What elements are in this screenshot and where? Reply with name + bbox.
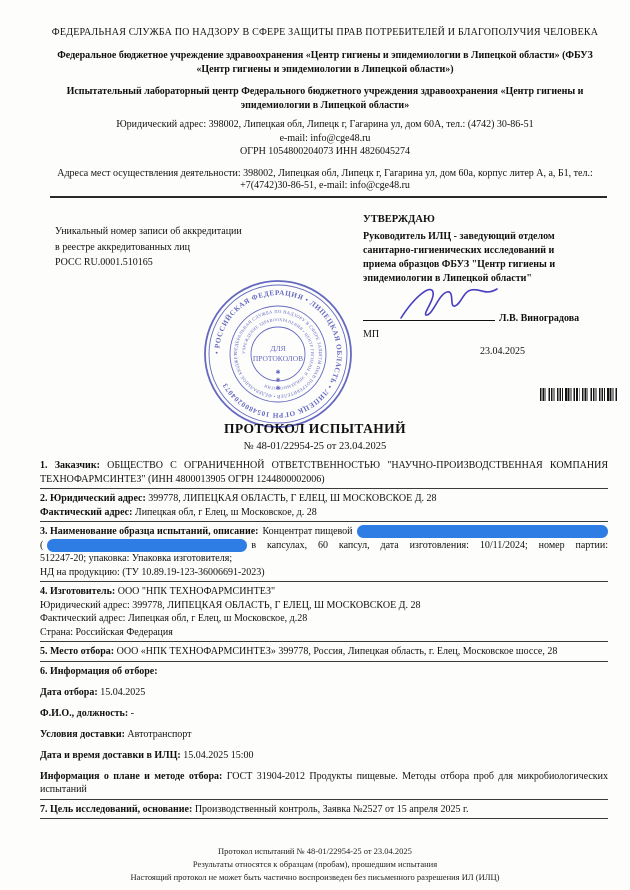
- section-4-manufacturer: 4. Изготовитель: ООО "НПК ТЕХНОФАРМСИНТЕ…: [40, 585, 608, 642]
- footer-line3: Настоящий протокол не может быть частичн…: [0, 871, 630, 884]
- section-5-label: 5. Место отбора:: [40, 646, 114, 657]
- section-1-customer: 1. Заказчик: ОБЩЕСТВО С ОГРАНИЧЕННОЙ ОТВ…: [40, 459, 608, 489]
- section-6-sampling-info: 6. Информация об отборе: Дата отбора: 15…: [40, 665, 608, 800]
- section-6-date-value: 15.04.2025: [100, 687, 145, 698]
- ogrn-inn-line: ОГРН 1054800204073 ИНН 4826045274: [40, 146, 610, 159]
- stamp-asterisk-2: ✱: [275, 377, 280, 384]
- section-7-label: 7. Цель исследований, основание:: [40, 804, 192, 815]
- approval-line2: санитарно-гигиенических исследований и: [363, 244, 615, 258]
- section-2-fact-value: Липецкая обл, г Елец, ш Московское, д. 2…: [135, 507, 317, 518]
- section-2-legal-address: 2. Юридический адрес: 399778, ЛИПЕЦКАЯ О…: [40, 492, 608, 522]
- protocol-sections: 1. Заказчик: ОБЩЕСТВО С ОГРАНИЧЕННОЙ ОТВ…: [40, 459, 608, 822]
- stamp-center-line1: ДЛЯ: [270, 344, 285, 353]
- section-5-sampling-place: 5. Место отбора: ООО «НПК ТЕХНОФАРМСИНТЕ…: [40, 645, 608, 662]
- section-6-datetime-value: 15.04.2025 15:00: [183, 750, 253, 761]
- section-6-label: 6. Информация об отборе:: [40, 665, 608, 679]
- approval-date: 23.04.2025: [480, 345, 525, 359]
- section-2-label: 2. Юридический адрес:: [40, 493, 146, 504]
- document-header: ФЕДЕРАЛЬНАЯ СЛУЖБА ПО НАДЗОРУ В СФЕРЕ ЗА…: [40, 26, 610, 193]
- approval-block: УТВЕРЖДАЮ Руководитель ИЛЦ - заведующий …: [363, 213, 615, 342]
- section-7-purpose: 7. Цель исследований, основание: Произво…: [40, 803, 608, 820]
- section-4-country-label: Страна:: [40, 627, 73, 638]
- signature-icon: [397, 282, 502, 324]
- section-3-line2: в капсулах, 60 капсул, дата изготовления…: [251, 539, 608, 553]
- signature-row: Л.В. Виноградова: [363, 308, 615, 326]
- section-4-jur-value: 399778, ЛИПЕЦКАЯ ОБЛАСТЬ, Г ЕЛЕЦ, Ш МОСК…: [132, 600, 420, 611]
- section-6-delivery-label: Условия доставки:: [40, 729, 125, 740]
- stamp-asterisk-1: ✱: [275, 369, 280, 376]
- section-4-country-value: Российская Федерация: [76, 627, 173, 638]
- section-4-fact-label: Фактический адрес:: [40, 613, 125, 624]
- section-7-value: Производственный контроль, Заявка №2527 …: [195, 804, 469, 815]
- stamp-center-line2: ПРОТОКОЛОВ: [253, 354, 303, 363]
- section-6-date-label: Дата отбора:: [40, 687, 98, 698]
- section-4-fact-value: Липецкая обл, г Елец, ш Московское, д.28: [128, 613, 307, 624]
- protocol-title: ПРОТОКОЛ ИСПЫТАНИЙ: [0, 421, 630, 437]
- section-6-plan-label: Информация о плане и методе отбора:: [40, 771, 222, 782]
- section-6-fio-value: -: [131, 708, 134, 719]
- accreditation-line2: в реестре аккредитованных лиц: [55, 240, 355, 256]
- section-3-line3: 512247-20; упаковка: Упаковка изготовите…: [40, 552, 608, 566]
- mp-label: МП: [363, 328, 615, 342]
- laboratory-center-name: Испытательный лабораторный центр Федерал…: [40, 85, 610, 112]
- approval-line3: приема образцов ФБУЗ "Центр гигиены и: [363, 258, 615, 272]
- accreditation-number: РОСС RU.0001.510165: [55, 255, 355, 271]
- section-3-value: Концентрат пищевой: [262, 525, 352, 539]
- approval-title: УТВЕРЖДАЮ: [363, 213, 615, 227]
- section-4-label: 4. Изготовитель:: [40, 586, 115, 597]
- section-5-value: ООО «НПК ТЕХНОФАРМСИНТЕЗ» 399778, Россия…: [117, 646, 558, 657]
- round-stamp-for-protocols: • РОССИЙСКАЯ ФЕДЕРАЦИЯ • ЛИПЕЦКАЯ ОБЛАСТ…: [202, 278, 354, 430]
- section-3-line4: НД на продукцию: (ТУ 10.89.19-123-360066…: [40, 566, 608, 580]
- test-protocol-document: ФЕДЕРАЛЬНАЯ СЛУЖБА ПО НАДЗОРУ В СФЕРЕ ЗА…: [0, 0, 630, 890]
- accreditation-line1: Уникальный номер записи об аккредитации: [55, 224, 355, 240]
- header-divider: [50, 196, 607, 198]
- protocol-number: № 48-01/22954-25 от 23.04.2025: [0, 441, 630, 452]
- approval-line1: Руководитель ИЛЦ - заведующий отделом: [363, 230, 615, 244]
- section-3-paren: (: [40, 539, 43, 553]
- section-6-datetime-label: Дата и время доставки в ИЛЦ:: [40, 750, 181, 761]
- barcode: [540, 388, 618, 401]
- section-6-fio-label: Ф.И.О., должность:: [40, 708, 128, 719]
- section-2-fact-label: Фактический адрес:: [40, 507, 132, 518]
- section-3-sample-name: 3. Наименование образца испытаний, описа…: [40, 525, 608, 582]
- section-4-jur-label: Юридический адрес:: [40, 600, 130, 611]
- section-1-label: 1. Заказчик:: [40, 460, 100, 471]
- section-3-label: 3. Наименование образца испытаний, описа…: [40, 525, 258, 539]
- legal-address: Юридический адрес: 398002, Липецкая обл,…: [40, 119, 610, 132]
- institution-name: Федеральное бюджетное учреждение здравоо…: [40, 49, 610, 76]
- stamp-asterisk-3: ✱: [275, 385, 280, 392]
- approver-name: Л.В. Виноградова: [499, 313, 579, 324]
- redaction-bar-1: [357, 525, 608, 538]
- redaction-bar-2: [47, 539, 247, 552]
- section-6-delivery-value: Автотранспорт: [127, 729, 191, 740]
- activity-addresses: Адреса мест осуществления деятельности: …: [40, 168, 610, 193]
- email-line: e-mail: info@cge48.ru: [40, 133, 610, 146]
- title-block: ПРОТОКОЛ ИСПЫТАНИЙ № 48-01/22954-25 от 2…: [0, 421, 630, 452]
- footer-line2: Результаты относятся к образцам (пробам)…: [0, 858, 630, 871]
- section-2-value: 399778, ЛИПЕЦКАЯ ОБЛАСТЬ, Г ЕЛЕЦ, Ш МОСК…: [148, 493, 436, 504]
- section-1-value: ОБЩЕСТВО С ОГРАНИЧЕННОЙ ОТВЕТСТВЕННОСТЬЮ…: [40, 460, 608, 485]
- document-footer: Протокол испытаний № 48-01/22954-25 от 2…: [0, 845, 630, 884]
- accreditation-block: Уникальный номер записи об аккредитации …: [55, 224, 355, 271]
- footer-line1: Протокол испытаний № 48-01/22954-25 от 2…: [0, 845, 630, 858]
- federal-service-name: ФЕДЕРАЛЬНАЯ СЛУЖБА ПО НАДЗОРУ В СФЕРЕ ЗА…: [40, 26, 610, 40]
- section-4-value: ООО "НПК ТЕХНОФАРМСИНТЕЗ": [118, 586, 275, 597]
